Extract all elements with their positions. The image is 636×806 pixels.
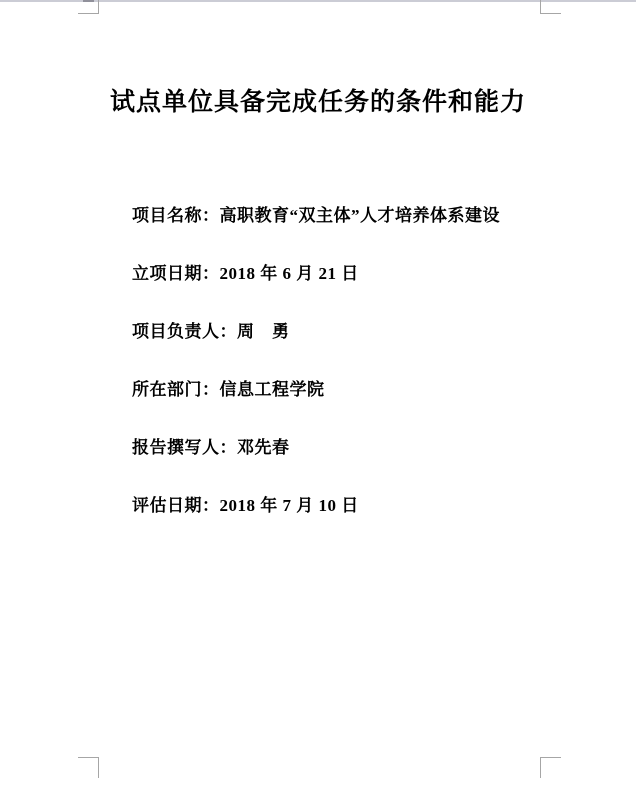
field-evaluation-date-value: 2018 年 7 月 10 日 (220, 496, 359, 515)
document-page: 试点单位具备完成任务的条件和能力 项目名称：高职教育“双主体”人才培养体系建设 … (0, 0, 636, 806)
field-project-leader-label: 项目负责人： (132, 322, 237, 341)
field-start-date[interactable]: 立项日期：2018 年 6 月 21 日 (132, 263, 576, 285)
field-report-author[interactable]: 报告撰写人：邓先春 (132, 437, 576, 459)
margin-crop-mark-bottom-left (78, 757, 99, 778)
field-report-author-label: 报告撰写人： (132, 438, 237, 457)
field-report-author-value: 邓先春 (237, 438, 290, 457)
field-evaluation-date[interactable]: 评估日期：2018 年 7 月 10 日 (132, 495, 576, 517)
field-project-name-value: 高职教育“双主体”人才培养体系建设 (220, 206, 501, 225)
field-project-leader-value: 周 勇 (237, 322, 290, 341)
field-project-leader[interactable]: 项目负责人：周 勇 (132, 321, 576, 343)
field-start-date-value: 2018 年 6 月 21 日 (220, 264, 359, 283)
field-start-date-label: 立项日期： (132, 264, 220, 283)
field-project-name[interactable]: 项目名称：高职教育“双主体”人才培养体系建设 (132, 205, 576, 227)
field-project-name-label: 项目名称： (132, 206, 220, 225)
margin-crop-mark-top-left (78, 0, 99, 14)
document-fields: 项目名称：高职教育“双主体”人才培养体系建设 立项日期：2018 年 6 月 2… (132, 205, 576, 517)
document-title[interactable]: 试点单位具备完成任务的条件和能力 (0, 88, 636, 118)
field-department-value: 信息工程学院 (220, 380, 325, 399)
field-evaluation-date-label: 评估日期： (132, 496, 220, 515)
field-department[interactable]: 所在部门：信息工程学院 (132, 379, 576, 401)
margin-crop-mark-bottom-right (540, 757, 561, 778)
field-department-label: 所在部门： (132, 380, 220, 399)
margin-crop-mark-top-right (540, 0, 561, 14)
